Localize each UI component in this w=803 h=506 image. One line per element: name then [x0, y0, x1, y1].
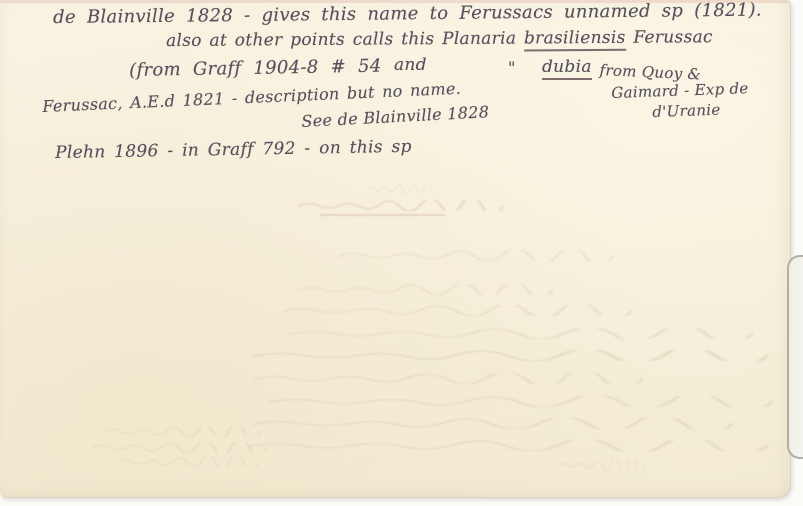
second-card-corner: [787, 255, 803, 459]
ditto-mark: ": [508, 58, 516, 77]
handwritten-line-3-quoy: from Quoy &: [599, 61, 701, 83]
bleed-through-line: [253, 418, 733, 429]
species-name-underlined: brasiliensis: [524, 28, 626, 52]
bleed-through-line: [338, 250, 613, 261]
bleed-through-line: [253, 373, 643, 384]
bleed-through-line: [118, 457, 258, 467]
line-2-text: also at other points calls this Planaria: [166, 29, 524, 51]
bleed-through-line: [92, 442, 267, 453]
bleed-through-line: [288, 328, 753, 339]
bleed-through-line: [368, 184, 438, 194]
bleed-through-line: [298, 200, 503, 211]
handwritten-line-3-graff-ref: (from Graff 1904-8 # 54: [129, 56, 382, 81]
handwritten-line-3-and: and: [394, 55, 427, 75]
bleed-through-underline: [320, 214, 445, 216]
handwritten-line-5-uranie: d'Uranie: [652, 101, 721, 121]
bleed-through-line: [105, 426, 260, 437]
bleed-through-line: [253, 350, 768, 361]
bleed-through-line: [248, 440, 768, 451]
bleed-through-line: [560, 460, 645, 470]
handwritten-line-8-plehn: Plehn 1896 - in Graff 792 - on this sp: [55, 137, 412, 163]
scanned-card: de Blainville 1828 - gives this name to …: [0, 0, 790, 497]
bleed-through-line: [298, 284, 553, 295]
bleed-through-line: [282, 305, 632, 316]
scan-background: de Blainville 1828 - gives this name to …: [0, 0, 803, 506]
bleed-through-line: [268, 396, 773, 407]
handwritten-line-1: de Blainville 1828 - gives this name to …: [53, 0, 762, 28]
line-2-author: Ferussac: [626, 27, 713, 48]
dubia-underlined: dubia: [542, 57, 592, 80]
handwritten-line-4-gaimard: Gaimard - Exp de: [611, 79, 749, 102]
handwritten-line-7-see: See de Blainville 1828: [301, 102, 490, 131]
handwritten-line-2: also at other points calls this Planaria…: [166, 27, 713, 51]
